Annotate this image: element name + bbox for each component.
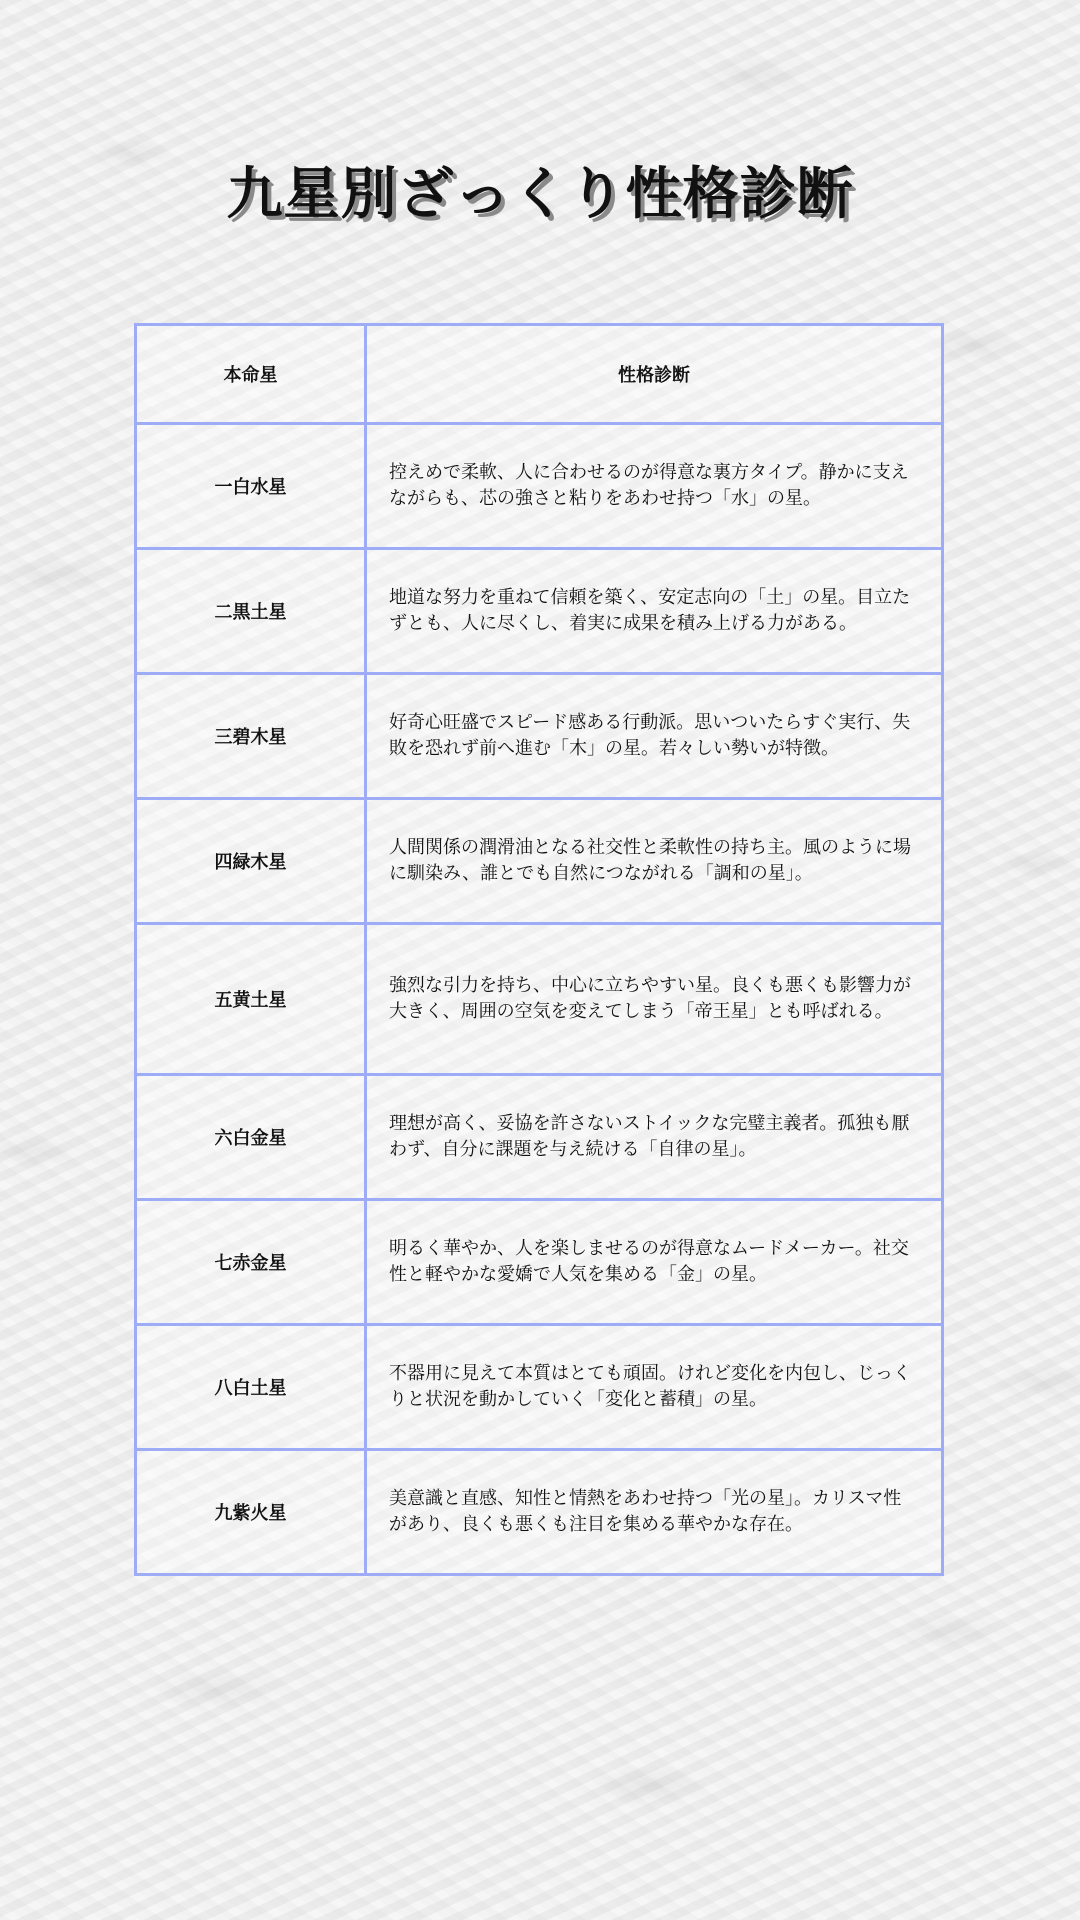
star-name: 三碧木星 bbox=[136, 674, 366, 799]
star-name: 五黄土星 bbox=[136, 924, 366, 1075]
personality-table-container: 本命星 性格診断 一白水星 控えめで柔軟、人に合わせるのが得意な裏方タイプ。静か… bbox=[134, 323, 944, 1576]
star-name: 一白水星 bbox=[136, 424, 366, 549]
table-row: 九紫火星 美意識と直感、知性と情熱をあわせ持つ「光の星」。カリスマ性があり、良く… bbox=[136, 1450, 943, 1575]
star-name: 八白土星 bbox=[136, 1325, 366, 1450]
table-row: 八白土星 不器用に見えて本質はとても頑固。けれど変化を内包し、じっくりと状況を動… bbox=[136, 1325, 943, 1450]
header-personality: 性格診断 bbox=[366, 325, 943, 424]
star-description: 理想が高く、妥協を許さないストイックな完璧主義者。孤独も厭わず、自分に課題を与え… bbox=[366, 1075, 943, 1200]
table-row: 七赤金星 明るく華やか、人を楽しませるのが得意なムードメーカー。社交性と軽やかな… bbox=[136, 1200, 943, 1325]
star-name: 六白金星 bbox=[136, 1075, 366, 1200]
table-row: 二黒土星 地道な努力を重ねて信頼を築く、安定志向の「土」の星。目立たずとも、人に… bbox=[136, 549, 943, 674]
star-description: 強烈な引力を持ち、中心に立ちやすい星。良くも悪くも影響力が大きく、周囲の空気を変… bbox=[366, 924, 943, 1075]
table-row: 五黄土星 強烈な引力を持ち、中心に立ちやすい星。良くも悪くも影響力が大きく、周囲… bbox=[136, 924, 943, 1075]
star-description: 明るく華やか、人を楽しませるのが得意なムードメーカー。社交性と軽やかな愛嬌で人気… bbox=[366, 1200, 943, 1325]
page-title: 九星別ざっくり性格診断 bbox=[0, 150, 1080, 230]
table-row: 六白金星 理想が高く、妥協を許さないストイックな完璧主義者。孤独も厭わず、自分に… bbox=[136, 1075, 943, 1200]
star-description: 控えめで柔軟、人に合わせるのが得意な裏方タイプ。静かに支えながらも、芯の強さと粘… bbox=[366, 424, 943, 549]
personality-table: 本命星 性格診断 一白水星 控えめで柔軟、人に合わせるのが得意な裏方タイプ。静か… bbox=[134, 323, 944, 1576]
star-description: 好奇心旺盛でスピード感ある行動派。思いついたらすぐ実行、失敗を恐れず前へ進む「木… bbox=[366, 674, 943, 799]
table-row: 三碧木星 好奇心旺盛でスピード感ある行動派。思いついたらすぐ実行、失敗を恐れず前… bbox=[136, 674, 943, 799]
star-description: 地道な努力を重ねて信頼を築く、安定志向の「土」の星。目立たずとも、人に尽くし、着… bbox=[366, 549, 943, 674]
star-name: 二黒土星 bbox=[136, 549, 366, 674]
star-description: 人間関係の潤滑油となる社交性と柔軟性の持ち主。風のように場に馴染み、誰とでも自然… bbox=[366, 799, 943, 924]
star-description: 不器用に見えて本質はとても頑固。けれど変化を内包し、じっくりと状況を動かしていく… bbox=[366, 1325, 943, 1450]
table-row: 四緑木星 人間関係の潤滑油となる社交性と柔軟性の持ち主。風のように場に馴染み、誰… bbox=[136, 799, 943, 924]
header-honmei-star: 本命星 bbox=[136, 325, 366, 424]
star-name: 九紫火星 bbox=[136, 1450, 366, 1575]
table-row: 一白水星 控えめで柔軟、人に合わせるのが得意な裏方タイプ。静かに支えながらも、芯… bbox=[136, 424, 943, 549]
star-name: 七赤金星 bbox=[136, 1200, 366, 1325]
star-name: 四緑木星 bbox=[136, 799, 366, 924]
table-header-row: 本命星 性格診断 bbox=[136, 325, 943, 424]
star-description: 美意識と直感、知性と情熱をあわせ持つ「光の星」。カリスマ性があり、良くも悪くも注… bbox=[366, 1450, 943, 1575]
